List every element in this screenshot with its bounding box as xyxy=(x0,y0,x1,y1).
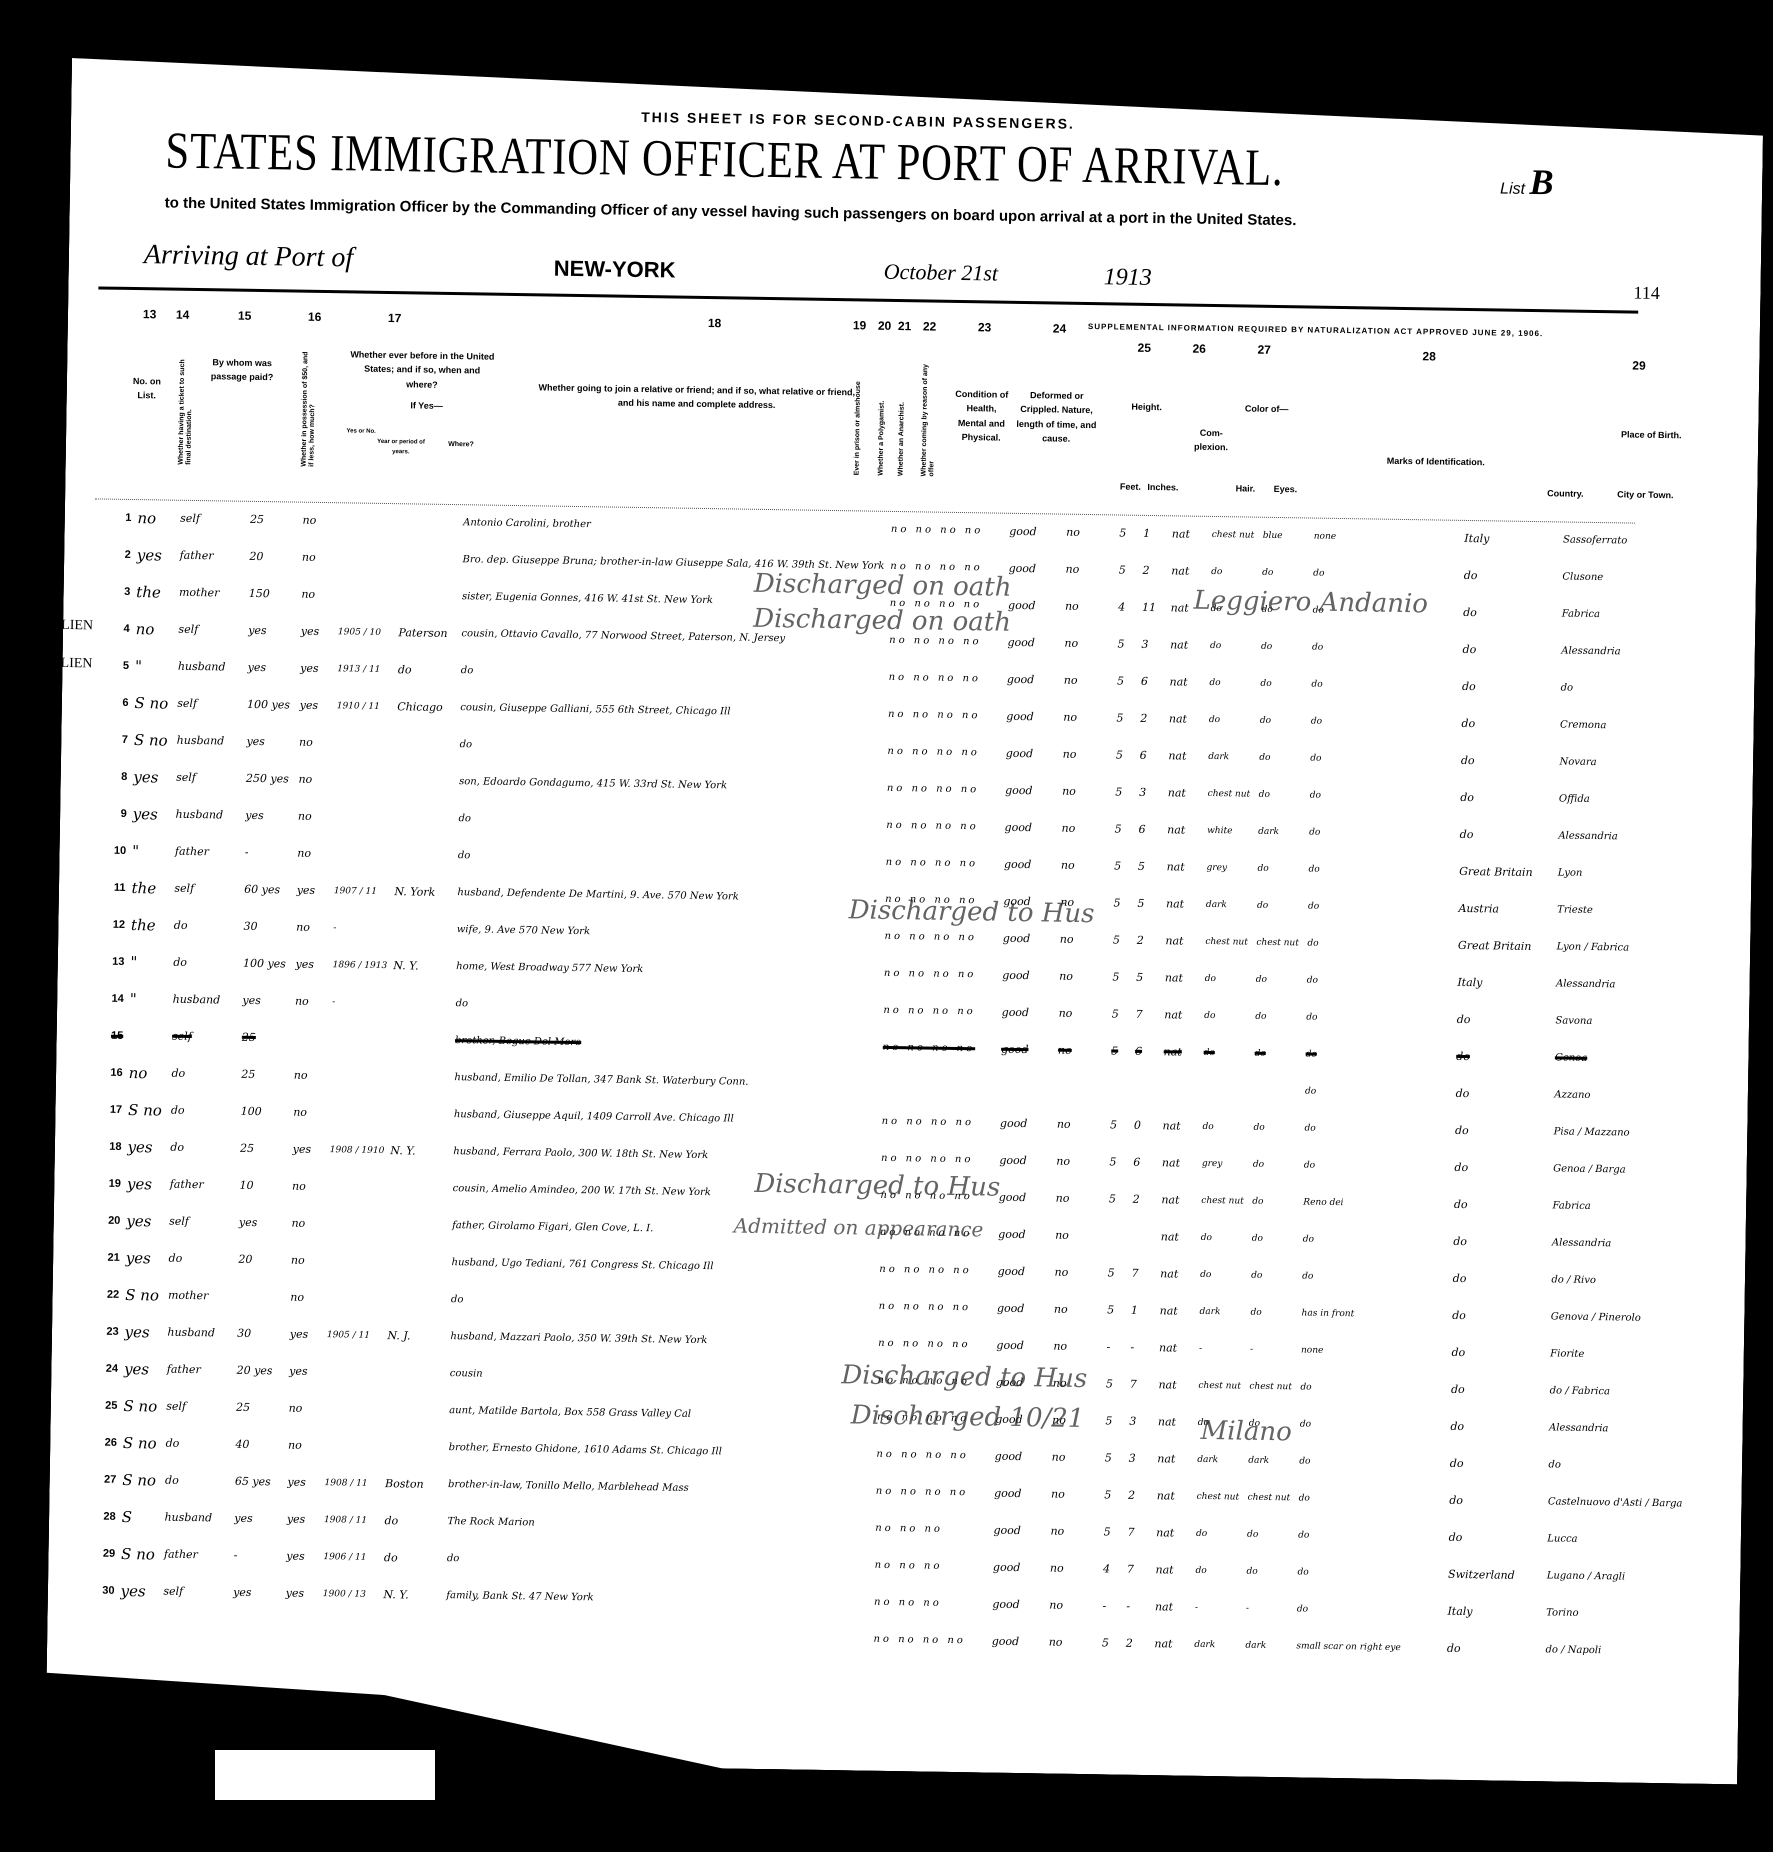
cell-cond: good xyxy=(1004,624,1062,662)
cell-paid: husband xyxy=(172,796,242,834)
cell-money: 100 yes xyxy=(240,945,293,983)
cell-money: 60 yes xyxy=(241,871,294,909)
cell-in: 2 xyxy=(1122,1625,1151,1662)
cell-ft: 5 xyxy=(1110,884,1134,921)
cell-no: 28 xyxy=(89,1497,119,1534)
cell-in: 3 xyxy=(1138,626,1167,663)
cell-city: Savona xyxy=(1552,1002,1697,1041)
cell-paid: self xyxy=(171,870,241,908)
col-num: 14 xyxy=(176,308,190,322)
cell-yr: 1906 / 11 xyxy=(320,1538,381,1576)
cell-where xyxy=(386,1206,450,1244)
cell-in: 3 xyxy=(1125,1440,1154,1477)
cell-def: no xyxy=(1047,1513,1101,1551)
header-color-of: Color of— xyxy=(1227,401,1307,417)
cell-no: 25 xyxy=(91,1386,121,1423)
header-inches: Inches. xyxy=(1145,480,1180,495)
cell-before xyxy=(282,1611,320,1649)
cell-yr: 1905 / 10 xyxy=(335,613,396,651)
cell-ft xyxy=(1105,1217,1129,1254)
header-height: Height. xyxy=(1122,400,1172,415)
cell-in: 2 xyxy=(1129,1181,1158,1218)
cell-in: 2 xyxy=(1125,1477,1154,1514)
cell-country: Italy xyxy=(1461,520,1560,559)
cell-city: do / Napoli xyxy=(1542,1631,1687,1670)
cell-checks: no no no xyxy=(871,1547,990,1586)
cell-where: Boston xyxy=(382,1465,446,1503)
cell-no: 12 xyxy=(98,906,128,943)
cell-hair: - xyxy=(1196,1330,1248,1368)
cell-marks: do xyxy=(1308,666,1459,705)
cell-yr: 1907 / 11 xyxy=(331,872,392,910)
cell-no: 30 xyxy=(88,1571,118,1608)
cell-cond: good xyxy=(1003,698,1061,736)
cell-def: no xyxy=(1045,1623,1099,1661)
cell-city: Genova / Pinerolo xyxy=(1548,1298,1693,1337)
cell-city: do / Fabrica xyxy=(1546,1372,1691,1411)
cell-checks: no no no no xyxy=(873,1473,992,1512)
cell-before: yes xyxy=(293,872,331,910)
cell-yr xyxy=(322,1390,383,1428)
cell-ticket: no xyxy=(134,499,177,537)
cell-where xyxy=(393,725,457,763)
cell-marks: do xyxy=(1299,1220,1450,1259)
cell-paid: self xyxy=(177,500,247,538)
cell-before: yes xyxy=(292,946,330,984)
cell-marks: do xyxy=(1299,1257,1450,1296)
cell-comp: nat xyxy=(1166,663,1206,701)
cell-ft: 5 xyxy=(1106,1180,1130,1217)
cell-comp: nat xyxy=(1155,1403,1195,1441)
cell-ft: 5 xyxy=(1113,736,1137,773)
port-name: NEW-YORK xyxy=(554,256,676,284)
cell-before: yes xyxy=(289,1131,327,1169)
cell-comp: nat xyxy=(1165,737,1205,775)
cell-ticket xyxy=(117,1609,160,1647)
cell-country: do xyxy=(1452,1112,1551,1151)
cell-paid: husband xyxy=(173,722,243,760)
cell-where: do xyxy=(381,1502,445,1540)
cell-cond: good xyxy=(996,1142,1054,1180)
cell-no: 22 xyxy=(92,1275,122,1312)
cell-city: Clusone xyxy=(1559,558,1704,597)
cell-paid: self xyxy=(173,759,243,797)
cell-city: do xyxy=(1545,1446,1690,1485)
cell-money: 100 xyxy=(237,1093,290,1131)
cell-eyes: do xyxy=(1251,1035,1303,1073)
cell-before: no xyxy=(295,798,333,836)
cell-ft: 5 xyxy=(1104,1254,1128,1291)
arriving-label: Arriving at Port of xyxy=(144,239,354,273)
cell-cond: good xyxy=(991,1475,1049,1513)
cell-ticket: yes xyxy=(123,1202,166,1240)
cell-cond: good xyxy=(990,1512,1048,1550)
header-country: Country. xyxy=(1535,486,1595,501)
cell-country: do xyxy=(1450,1223,1549,1262)
cell-no: 10 xyxy=(99,832,129,869)
cell-where: Paterson xyxy=(395,614,459,652)
cell-yr xyxy=(332,761,393,799)
cell-marks: do xyxy=(1305,887,1456,926)
cell-where: N. Y. xyxy=(387,1132,451,1170)
cell-marks: none xyxy=(1311,518,1462,557)
cell-country: do xyxy=(1458,742,1557,781)
cell-in: 5 xyxy=(1133,959,1162,996)
cell-no: 3 xyxy=(103,573,133,610)
cell-city: Cremona xyxy=(1557,706,1702,745)
header-complexion: Com-plexion. xyxy=(1186,426,1236,456)
cell-money: - xyxy=(241,834,294,872)
cell-no: 6 xyxy=(102,684,132,721)
cell-paid: husband xyxy=(161,1499,231,1537)
cell-city: Pisa / Mazzano xyxy=(1550,1113,1695,1152)
cell-country: Austria xyxy=(1455,890,1554,929)
cell-ft: 5 xyxy=(1114,625,1138,662)
cell-def: no xyxy=(1055,1032,1109,1070)
cell-hair: chest nut xyxy=(1193,1478,1245,1516)
cell-paid: husband xyxy=(169,981,239,1019)
header-ticket: Whether having a ticket to such final de… xyxy=(178,345,195,465)
cell-eyes: do xyxy=(1257,702,1309,740)
cell-yr: 1908 / 11 xyxy=(321,1464,382,1502)
cell-before: yes xyxy=(297,650,335,688)
cell-city: Alessandria xyxy=(1555,817,1700,856)
cell-country: do xyxy=(1448,1334,1547,1373)
cell-city: Alessandria xyxy=(1546,1409,1691,1448)
cell-ticket: S xyxy=(118,1498,161,1536)
cell-cond: good xyxy=(1006,513,1064,551)
cell-no: 23 xyxy=(92,1312,122,1349)
cell-no: 24 xyxy=(91,1349,121,1386)
cell-cond xyxy=(997,1068,1055,1106)
cell-paid: husband xyxy=(164,1314,234,1352)
cell-comp: nat xyxy=(1164,811,1204,849)
cell-cond: good xyxy=(998,994,1056,1032)
cell-comp: nat xyxy=(1169,515,1209,553)
cell-ticket: " xyxy=(127,980,170,1018)
header-condition: Condition of Health, Mental and Physical… xyxy=(951,387,1012,445)
cell-comp: nat xyxy=(1153,1477,1193,1515)
col-num: 15 xyxy=(238,309,252,323)
cell-ft: - xyxy=(1103,1328,1127,1365)
cell-money xyxy=(234,1278,287,1316)
cell-checks: no no no no xyxy=(878,1103,997,1142)
cell-eyes: blue xyxy=(1260,517,1312,555)
cell-checks: no no no no xyxy=(888,511,1007,550)
cell-yr xyxy=(319,1612,380,1650)
cell-country: do xyxy=(1457,779,1556,818)
cell-in: 2 xyxy=(1137,700,1166,737)
cell-hair: white xyxy=(1204,812,1256,850)
cell-city: Torino xyxy=(1543,1594,1688,1633)
cell-hair: do xyxy=(1206,664,1258,702)
cell-def: no xyxy=(1054,1106,1108,1144)
cell-ticket: S no xyxy=(119,1461,162,1499)
cell-yr xyxy=(322,1427,383,1465)
cell-ticket: no xyxy=(125,1054,168,1092)
cell-before: no xyxy=(293,909,331,947)
cell-hair: do xyxy=(1206,701,1258,739)
cell-ticket: yes xyxy=(124,1165,167,1203)
cell-where xyxy=(397,503,461,541)
cell-hair: do xyxy=(1199,1108,1251,1146)
cell-before: yes xyxy=(298,613,336,651)
cell-yr xyxy=(331,835,392,873)
cell-ticket: S no xyxy=(125,1091,168,1129)
cell-where xyxy=(382,1428,446,1466)
header-c22: Whether coming by reason of any offer xyxy=(921,356,938,476)
cell-in: 2 xyxy=(1134,922,1163,959)
cell-eyes: chest nut xyxy=(1253,924,1305,962)
cell-in: 1 xyxy=(1140,515,1169,552)
cell-country: do xyxy=(1460,557,1559,596)
cell-money: 250 yes xyxy=(243,760,296,798)
cell-eyes: do xyxy=(1248,1257,1300,1295)
cell-paid: self xyxy=(166,1203,236,1241)
cell-def: no xyxy=(1059,736,1113,774)
cell-eyes xyxy=(1251,1072,1303,1110)
cell-ticket: S no xyxy=(122,1276,165,1314)
cell-yr: - xyxy=(330,909,391,947)
cell-hair: do xyxy=(1202,960,1254,998)
cell-yr: 1913 / 11 xyxy=(334,650,395,688)
cell-checks: no no no no xyxy=(880,992,999,1031)
cell-checks: no no no xyxy=(872,1510,991,1549)
cell-def: no xyxy=(1061,625,1115,663)
cell-eyes: do xyxy=(1255,776,1307,814)
cell-before: no xyxy=(288,1242,326,1280)
cell-money: 20 xyxy=(235,1241,288,1279)
cell-before: no xyxy=(289,1168,327,1206)
cell-ticket: " xyxy=(127,943,170,981)
cell-where xyxy=(392,799,456,837)
cell-city: Alessandria xyxy=(1549,1224,1694,1263)
cell-comp: nat xyxy=(1168,552,1208,590)
cell-ticket: " xyxy=(129,832,172,870)
annotation-discharged: Discharged on oath xyxy=(753,604,1011,638)
cell-def: no xyxy=(1046,1586,1100,1624)
col-num: 18 xyxy=(708,316,722,330)
cell-marks: do xyxy=(1304,961,1455,1000)
cell-ft: 5 xyxy=(1114,662,1138,699)
cell-ticket: yes xyxy=(121,1313,164,1351)
cell-country: do xyxy=(1448,1371,1547,1410)
cell-where xyxy=(393,762,457,800)
annotation-discharged-hus: Discharged to Hus xyxy=(848,895,1094,929)
cell-checks: no no no no xyxy=(876,1251,995,1290)
header-paid-by: By whom was passage paid? xyxy=(197,355,287,385)
cell-paid: father xyxy=(172,833,242,871)
cell-where xyxy=(388,1058,452,1096)
cell-marks: do xyxy=(1309,629,1460,668)
cell-yr xyxy=(325,1205,386,1243)
cell-marks: do xyxy=(1303,998,1454,1037)
cell-checks: no no no no xyxy=(873,1436,992,1475)
cell-yr: 1908 / 11 xyxy=(321,1501,382,1539)
cell-in: 6 xyxy=(1135,811,1164,848)
cell-city: Trieste xyxy=(1554,891,1699,930)
header-city: City or Town. xyxy=(1605,487,1685,503)
header-before: Whether ever before in the United States… xyxy=(347,347,498,393)
column-headers: No. on List. Whether having a ticket to … xyxy=(115,334,1677,528)
cell-cond: good xyxy=(989,1623,1047,1661)
cell-where xyxy=(392,836,456,874)
cell-cond: good xyxy=(989,1586,1047,1624)
cell-eyes: - xyxy=(1243,1590,1295,1628)
cell-eyes: do xyxy=(1253,961,1305,999)
cell-money: 10 xyxy=(236,1167,289,1205)
cell-def xyxy=(1054,1069,1108,1107)
cell-where xyxy=(389,1021,453,1059)
cell-where xyxy=(391,910,455,948)
cell-checks: no no no no xyxy=(875,1325,994,1364)
cell-ticket: yes xyxy=(117,1572,160,1610)
arrival-year: 1913 xyxy=(1103,264,1151,292)
cell-eyes: do xyxy=(1254,887,1306,925)
cell-before: no xyxy=(292,983,330,1021)
col-num: 22 xyxy=(923,319,937,333)
cell-hair: do xyxy=(1197,1256,1249,1294)
cell-in: 7 xyxy=(1132,996,1161,1033)
cell-where xyxy=(389,984,453,1022)
cell-hair: dark xyxy=(1203,886,1255,924)
cell-no: 4 xyxy=(103,610,133,647)
cell-eyes: do xyxy=(1250,1109,1302,1147)
cell-marks: do xyxy=(1297,1405,1448,1444)
cell-paid: do xyxy=(168,1055,238,1093)
cell-city: Alessandria xyxy=(1553,965,1698,1004)
cell-yr: 1900 / 13 xyxy=(320,1575,381,1613)
arrival-line: Arriving at Port of NEW-YORK October 21s… xyxy=(144,239,1644,295)
col-num: 23 xyxy=(978,320,992,334)
cell-money: - xyxy=(230,1537,283,1575)
cell-marks: do xyxy=(1307,739,1458,778)
cell-ft: 4 xyxy=(1115,588,1139,625)
annotation-discharged-hus: Discharged to Hus xyxy=(754,1169,1000,1203)
col-num: 24 xyxy=(1053,321,1067,335)
cell-def: no xyxy=(1062,551,1116,589)
cell-country: Italy xyxy=(1454,964,1553,1003)
cell-city: Castelnuovo d'Asti / Barga xyxy=(1545,1483,1690,1522)
cell-paid: mother xyxy=(176,574,246,612)
cell-ft: 5 xyxy=(1103,1365,1127,1402)
cell-paid: husband xyxy=(175,648,245,686)
cell-no xyxy=(87,1608,117,1645)
cell-checks xyxy=(879,1066,998,1105)
cell-city: Fiorite xyxy=(1547,1335,1692,1374)
cell-where xyxy=(386,1169,450,1207)
cell-ticket: yes xyxy=(124,1128,167,1166)
cell-cond: good xyxy=(996,1179,1054,1217)
cell-yr xyxy=(333,724,394,762)
cell-no: 7 xyxy=(101,721,131,758)
cell-ticket: S no xyxy=(131,684,174,722)
cell-money: 30 xyxy=(234,1315,287,1353)
cell-money: yes xyxy=(230,1574,283,1612)
cell-cond: good xyxy=(999,957,1057,995)
cell-ft: 5 xyxy=(1113,699,1137,736)
cell-city: Genoa / Barga xyxy=(1550,1150,1695,1189)
cell-comp: nat xyxy=(1165,774,1205,812)
cell-in: 3 xyxy=(1136,774,1165,811)
cell-yr xyxy=(324,1279,385,1317)
cell-yr: 1910 / 11 xyxy=(333,687,394,725)
cell-ticket: S no xyxy=(120,1424,163,1462)
cell-before: no xyxy=(285,1427,323,1465)
cell-where: N. York xyxy=(391,873,455,911)
cell-cond: good xyxy=(1002,772,1060,810)
cell-checks: no no no xyxy=(871,1584,990,1623)
cell-hair: do xyxy=(1207,627,1259,665)
header-year-period: Year or period of years. xyxy=(376,438,426,458)
cell-no: 29 xyxy=(88,1534,118,1571)
cell-where xyxy=(385,1280,449,1318)
cell-ft: 5 xyxy=(1109,995,1133,1032)
cell-paid: self xyxy=(163,1388,233,1426)
cell-country: Great Britain xyxy=(1456,853,1555,892)
cell-ft: 5 xyxy=(1099,1624,1123,1661)
cell-in: 6 xyxy=(1130,1144,1159,1181)
cell-def: no xyxy=(1060,699,1114,737)
cell-yr xyxy=(325,1242,386,1280)
cell-no: 27 xyxy=(89,1460,119,1497)
cell-ticket: the xyxy=(128,869,171,907)
cell-money: 25 xyxy=(247,501,300,539)
cell-no: 26 xyxy=(90,1423,120,1460)
cell-country: Great Britain xyxy=(1455,927,1554,966)
cell-cond: good xyxy=(994,1253,1052,1291)
cell-comp: nat xyxy=(1167,626,1207,664)
sheet-tab xyxy=(215,1750,435,1800)
cell-def: no xyxy=(1059,773,1113,811)
cell-marks: do xyxy=(1304,924,1455,963)
cell-marks: small scar on right eye xyxy=(1293,1627,1444,1666)
cell-eyes: do xyxy=(1258,628,1310,666)
cell-no: 16 xyxy=(96,1054,126,1091)
cell-ft: 5 xyxy=(1110,921,1134,958)
cell-in: 1 xyxy=(1128,1292,1157,1329)
cell-marks: has in front xyxy=(1298,1294,1449,1333)
cell-marks: do xyxy=(1294,1590,1445,1629)
cell-def: no xyxy=(1055,995,1109,1033)
cell-ft: 5 xyxy=(1100,1513,1124,1550)
cell-money: 25 xyxy=(239,1019,292,1057)
manifest-sheet: THIS SHEET IS FOR SECOND-CABIN PASSENGER… xyxy=(45,58,1763,1784)
cell-ft: 5 xyxy=(1111,847,1135,884)
cell-cond: good xyxy=(1005,550,1063,588)
cell-money: yes xyxy=(231,1500,284,1538)
cell-in: 7 xyxy=(1127,1366,1156,1403)
cell-ticket: the xyxy=(133,573,176,611)
cell-def: no xyxy=(1062,588,1116,626)
cell-country: do xyxy=(1453,1038,1552,1077)
cell-checks: no no no no xyxy=(884,770,1003,809)
cell-paid: do xyxy=(168,1092,238,1130)
cell-ft: 5 xyxy=(1107,1106,1131,1143)
cell-country: do xyxy=(1452,1075,1551,1114)
cell-money: 40 xyxy=(232,1426,285,1464)
cell-in: 0 xyxy=(1131,1107,1160,1144)
cell-yr xyxy=(328,1020,389,1058)
cell-ticket: yes xyxy=(129,795,172,833)
cell-comp: nat xyxy=(1159,1144,1199,1182)
cell-city: Lucca xyxy=(1544,1520,1689,1559)
annotation-name: Leggiero Andanio xyxy=(1193,586,1428,620)
cell-city: do / Rivo xyxy=(1548,1261,1693,1300)
cell-where: N. Y. xyxy=(380,1576,444,1614)
cell-city: Alessandria xyxy=(1558,632,1703,671)
cell-comp: nat xyxy=(1156,1292,1196,1330)
